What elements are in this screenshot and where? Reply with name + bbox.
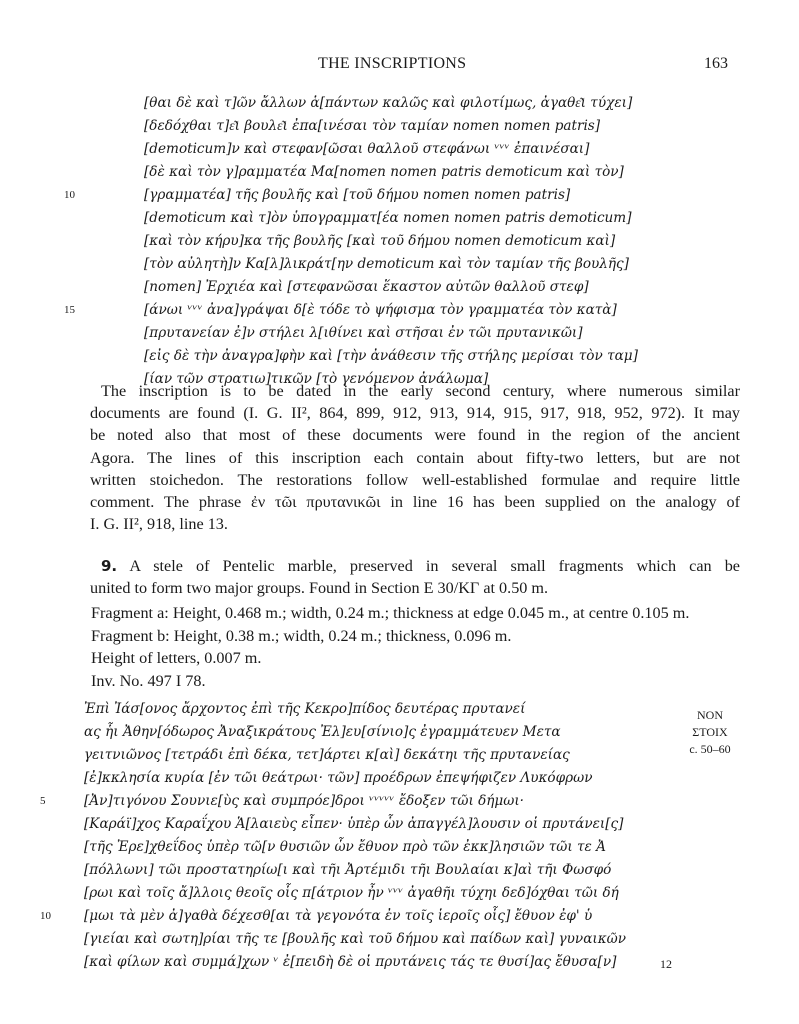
inscription-line: [καὶ φίλων καὶ συμμά]χων ᵛ ἐ[πειδὴ δὲ οἱ… [84, 951, 616, 974]
line-number: 10 [64, 184, 75, 207]
commentary-line: be noted also that most of these documen… [90, 424, 740, 446]
stoichedon-note-line: NON [665, 707, 755, 724]
inscription-line: [τῆς Ἐρε]χθεΐδος ὑπὲρ τῶ[ν θυσιῶν ὧν ἔθυ… [84, 836, 606, 859]
inscription-line: [άνωι ᵛᵛᵛ ἀνα]γράψαι δ[ὲ τόδε τὸ ψήφισμα… [144, 299, 617, 322]
entry-9-description: 9. A stele of Pentelic marble, preserved… [90, 555, 740, 599]
inscription-line: [τὸν αὐλητὴ]ν Κα[λ]λικράτ[ην demoticum κ… [144, 253, 629, 276]
entry-number: 9. [101, 557, 117, 575]
inscription-line: γειτνιῶνος [τετράδι ἐπὶ δέκα, τετ]άρτει … [84, 744, 570, 767]
inscription-line: [θαι δὲ καὶ τ]ῶν ἄλλων ἁ[πάντων καλῶς κα… [144, 92, 632, 115]
letter-height: Height of letters, 0.007 m. [91, 647, 689, 670]
inscription-line: [πρυτανείαν ἐ]ν στήλει λ[ιθίνει καὶ στῆσ… [144, 322, 583, 345]
inscription-line: [demoticum καὶ τ]ὸν ὑπογραμματ[έα nomen … [144, 207, 632, 230]
commentary-line: Agora. The lines of this inscription eac… [90, 447, 740, 469]
entry-9-line: united to form two major groups. Found i… [90, 577, 740, 599]
commentary-line: The inscription is to be dated in the ea… [90, 380, 740, 402]
fragment-a-measurements: Fragment a: Height, 0.468 m.; width, 0.2… [91, 602, 689, 625]
entry-9-measurements: Fragment a: Height, 0.468 m.; width, 0.2… [91, 602, 689, 692]
stoichedon-note: NON ΣΤΟΙΧ c. 50–60 [665, 707, 755, 758]
inscription-line: [δὲ καὶ τὸν γ]ραμματέα Μα[nomen nomen pa… [144, 161, 624, 184]
commentary-line: I. G. II², 918, line 13. [90, 513, 740, 535]
stoichedon-note-line: c. 50–60 [665, 741, 755, 758]
inscription-line: [πόλλωνι] τῶι προστατηρίω[ι καὶ τῆι Ἀρτέ… [84, 859, 611, 882]
entry-9-line: 9. A stele of Pentelic marble, preserved… [90, 555, 740, 577]
line-number: 15 [64, 299, 75, 322]
inscription-line: [δεδόχθαι τ]ε͂ι βουλε͂ι ἐπα[ινέσαι τὸν τ… [144, 115, 600, 138]
inscription-line: ας ἧι Ἀθην[όδωρος Ἀναξικράτους Ἐλ]ευ[σίν… [84, 721, 561, 744]
running-header: THE INSCRIPTIONS 163 [0, 55, 799, 77]
inscription-line: [γιείαι καὶ σωτη]ρίαι τῆς τε [βουλῆς καὶ… [84, 928, 626, 951]
commentary-line: comment. The phrase ἐν τῶι πρυτανικῶι in… [90, 491, 740, 513]
inscription-line: [γραμματέα] τῆς βουλῆς καὶ [τοῦ δήμου no… [144, 184, 570, 207]
commentary-line-text: documents are found (I. G. II², 864, 899… [90, 404, 740, 422]
running-title: THE INSCRIPTIONS [318, 55, 466, 73]
commentary-paragraph: The inscription is to be dated in the ea… [90, 380, 740, 535]
inscription-line: [καὶ τὸν κήρυ]κα τῆς βουλῆς [καὶ τοῦ δήμ… [144, 230, 615, 253]
inscription-line: [μωι τὰ μὲν ἀ]γαθὰ δέχεσθ[αι τὰ γεγονότα… [84, 905, 592, 928]
inscription-line: Ἐπὶ Ἰάσ[ονος ἄρχοντος ἐπὶ τῆς Κεκρο]πίδο… [84, 698, 525, 721]
inscription-line: [ρωι καὶ τοῖς ἄ]λλοις θεοῖς οἷς π[άτριον… [84, 882, 619, 905]
stoichedon-note-line: ΣΤΟΙΧ [665, 724, 755, 741]
inscription-line: [demoticum]ν καὶ στεφαν[ῶσαι θαλλοῦ στεφ… [144, 138, 589, 161]
page-number: 163 [704, 55, 728, 73]
commentary-line: documents are found (I. G. II², 864, 899… [90, 402, 740, 424]
fragment-b-measurements: Fragment b: Height, 0.38 m.; width, 0.24… [91, 625, 689, 648]
inscription-line: [nomen] Ἐρχιέα καὶ [στεφανῶσαι ἕκαστον α… [144, 276, 589, 299]
line-number: 10 [40, 905, 51, 928]
inscription-line: [ἐ]κκλησία κυρία [ἐν τῶι θεάτρωι· τῶν] π… [84, 767, 592, 790]
inscription-line: [Καράϊ]χος Καραΐχου Ἁ[λαιεὺς εἶπεν· ὑπὲρ… [84, 813, 623, 836]
inscription-line: [Ἀν]τιγόνου Σουνιε[ὺς καὶ συμπρόε]δροι ᵛ… [84, 790, 524, 813]
line-number: 5 [40, 790, 46, 813]
signature-mark: 12 [660, 957, 672, 972]
inscription-line: [εἰς δὲ τὴν ἀναγρα]φὴν καὶ [τὴν ἀνάθεσιν… [144, 345, 638, 368]
inventory-number: Inv. No. 497 I 78. [91, 670, 689, 693]
commentary-line: written stoichedon. The restorations fol… [90, 469, 740, 491]
entry-9-description-text: A stele of Pentelic marble, preserved in… [129, 557, 740, 575]
